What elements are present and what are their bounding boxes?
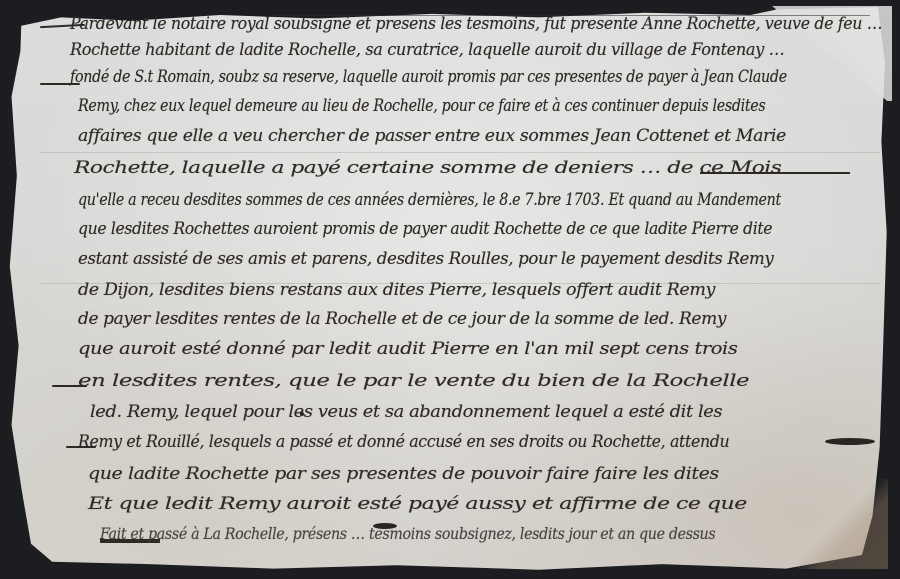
manuscript-line: estant assisté de ses amis et parens, de… xyxy=(78,249,773,269)
manuscript-line: Remy et Rouillé, lesquels a passé et don… xyxy=(78,432,729,452)
manuscript-line: en lesdites rentes, que le par le vente … xyxy=(78,371,749,391)
manuscript-line: led. Remy, lequel pour les veus et sa ab… xyxy=(90,402,722,422)
manuscript-line: que lesdites Rochettes auroient promis d… xyxy=(78,219,772,239)
manuscript-line: Remy, chez eux lequel demeure au lieu de… xyxy=(78,96,765,116)
manuscript-line: fondé de S.t Romain, soubz sa reserve, l… xyxy=(70,67,787,87)
manuscript-line: Rochette habitant de ladite Rochelle, sa… xyxy=(70,40,784,60)
scanned-document: Pardevant le notaire royal soubsigné et … xyxy=(0,0,900,579)
manuscript-line: que auroit esté donné par ledit audit Pi… xyxy=(78,339,737,359)
manuscript-line: de Dijon, lesdites biens restans aux dit… xyxy=(78,280,715,300)
manuscript-line: de payer lesdites rentes de la Rochelle … xyxy=(78,309,726,329)
manuscript-line: Et que ledit Remy auroit esté payé aussy… xyxy=(88,494,747,514)
manuscript-line: qu'elle a receu desdites sommes de ces a… xyxy=(78,190,781,210)
manuscript-line: affaires que elle a veu chercher de pass… xyxy=(78,126,786,146)
manuscript-line: Fait et passé à La Rochelle, présens … t… xyxy=(100,524,715,543)
manuscript-body: Pardevant le notaire royal soubsigné et … xyxy=(0,0,900,579)
manuscript-line: que ladite Rochette par ses presentes de… xyxy=(88,464,719,484)
manuscript-line: Pardevant le notaire royal soubsigné et … xyxy=(70,14,882,34)
manuscript-line: Rochette, laquelle a payé certaine somme… xyxy=(74,158,781,178)
